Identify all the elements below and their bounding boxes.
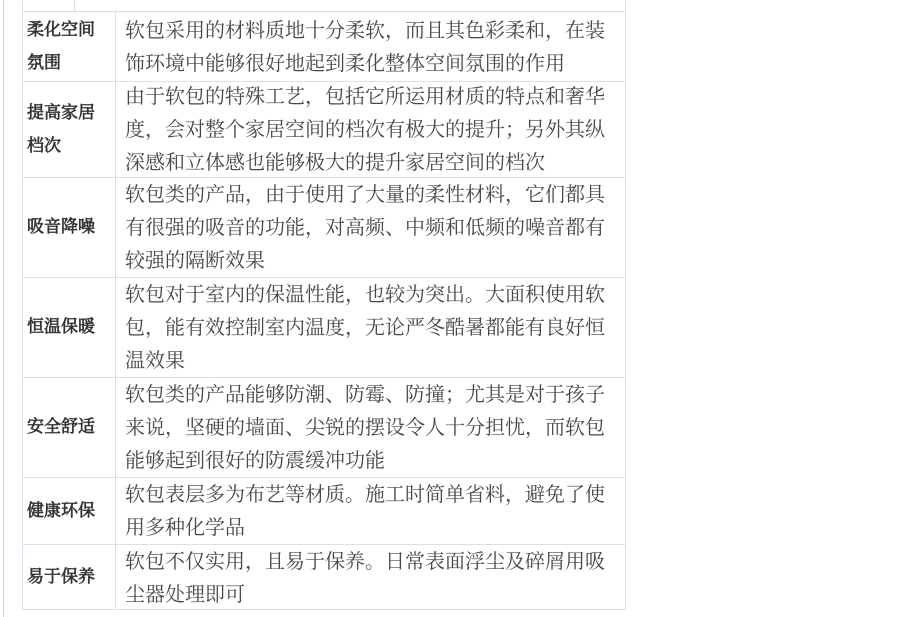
table-row: 健康环保 软包表层多为布艺等材质。施工时简单省料，避免了使用多种化学品 bbox=[23, 478, 625, 545]
term-cell: 健康环保 bbox=[23, 478, 116, 544]
table-row: 提高家居档次 由于软包的特殊工艺，包括它所运用材质的特点和奢华度，会对整个家居空… bbox=[23, 82, 625, 178]
description-text: 软包类的产品，由于使用了大量的柔性材料，它们都具有很强的吸音的功能，对高频、中频… bbox=[125, 178, 619, 277]
table-row: 安全舒适 软包类的产品能够防潮、防霉、防撞；尤其是对于孩子来说，坚硬的墙面、尖锐… bbox=[23, 378, 625, 478]
description-text: 软包对于室内的保温性能，也较为突出。大面积使用软包，能有效控制室内温度，无论严冬… bbox=[125, 278, 619, 377]
description-cell: 软包不仅实用，且易于保养。日常表面浮尘及碎屑用吸尘器处理即可 bbox=[116, 545, 625, 610]
partial-row-term-cell bbox=[23, 0, 75, 11]
description-text: 软包不仅实用，且易于保养。日常表面浮尘及碎屑用吸尘器处理即可 bbox=[125, 545, 619, 610]
term-cell: 易于保养 bbox=[23, 545, 116, 610]
description-cell: 由于软包的特殊工艺，包括它所运用材质的特点和奢华度，会对整个家居空间的档次有极大… bbox=[116, 82, 625, 177]
description-text: 由于软包的特殊工艺，包括它所运用材质的特点和奢华度，会对整个家居空间的档次有极大… bbox=[125, 82, 619, 177]
term-label: 健康环保 bbox=[27, 495, 95, 528]
description-cell: 软包类的产品能够防潮、防霉、防撞；尤其是对于孩子来说，坚硬的墙面、尖锐的摆设令人… bbox=[116, 378, 625, 477]
term-label: 柔化空间氛围 bbox=[27, 14, 95, 80]
term-cell: 吸音降噪 bbox=[23, 178, 116, 277]
term-label: 易于保养 bbox=[27, 561, 95, 594]
table-row: 柔化空间氛围 软包采用的材料质地十分柔软，而且其色彩柔和，在装饰环境中能够很好地… bbox=[23, 12, 625, 82]
term-cell: 安全舒适 bbox=[23, 378, 116, 477]
term-label: 安全舒适 bbox=[27, 411, 95, 444]
page: 柔化空间氛围 软包采用的材料质地十分柔软，而且其色彩柔和，在装饰环境中能够很好地… bbox=[0, 0, 921, 617]
term-label: 提高家居档次 bbox=[27, 97, 95, 163]
description-text: 软包表层多为布艺等材质。施工时简单省料，避免了使用多种化学品 bbox=[125, 478, 619, 544]
description-cell: 软包采用的材料质地十分柔软，而且其色彩柔和，在装饰环境中能够很好地起到柔化整体空… bbox=[116, 12, 625, 81]
term-cell: 提高家居档次 bbox=[23, 82, 116, 177]
term-label: 恒温保暖 bbox=[27, 311, 95, 344]
description-text: 软包类的产品能够防潮、防霉、防撞；尤其是对于孩子来说，坚硬的墙面、尖锐的摆设令人… bbox=[125, 378, 619, 477]
description-cell: 软包表层多为布艺等材质。施工时简单省料，避免了使用多种化学品 bbox=[116, 478, 625, 544]
outer-left-border-line bbox=[3, 0, 4, 617]
table-partial-top-row bbox=[23, 0, 625, 12]
term-cell: 柔化空间氛围 bbox=[23, 12, 116, 81]
partial-row-desc-cell bbox=[75, 0, 625, 11]
table-row: 易于保养 软包不仅实用，且易于保养。日常表面浮尘及碎屑用吸尘器处理即可 bbox=[23, 545, 625, 610]
term-cell: 恒温保暖 bbox=[23, 278, 116, 377]
term-label: 吸音降噪 bbox=[27, 211, 95, 244]
benefits-table: 柔化空间氛围 软包采用的材料质地十分柔软，而且其色彩柔和，在装饰环境中能够很好地… bbox=[22, 0, 626, 610]
table-row: 吸音降噪 软包类的产品，由于使用了大量的柔性材料，它们都具有很强的吸音的功能，对… bbox=[23, 178, 625, 278]
description-text: 软包采用的材料质地十分柔软，而且其色彩柔和，在装饰环境中能够很好地起到柔化整体空… bbox=[125, 14, 619, 80]
table-row: 恒温保暖 软包对于室内的保温性能，也较为突出。大面积使用软包，能有效控制室内温度… bbox=[23, 278, 625, 378]
description-cell: 软包类的产品，由于使用了大量的柔性材料，它们都具有很强的吸音的功能，对高频、中频… bbox=[116, 178, 625, 277]
description-cell: 软包对于室内的保温性能，也较为突出。大面积使用软包，能有效控制室内温度，无论严冬… bbox=[116, 278, 625, 377]
